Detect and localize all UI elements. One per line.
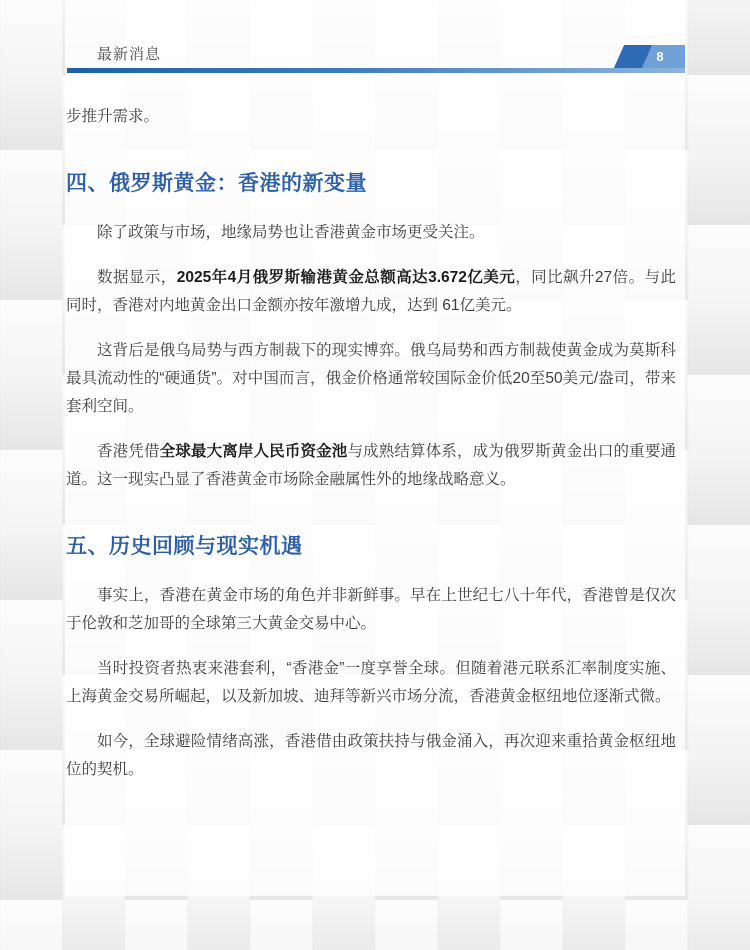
header-divider	[67, 68, 685, 73]
paragraph-bold-highlight: 2025年4月俄罗斯输港黄金总额高达3.672亿美元	[177, 269, 515, 286]
section5-heading: 五、历史回顾与现实机遇	[66, 532, 676, 562]
section5-paragraph-1: 事实上，香港在黄金市场的角色并非新鲜事。早在上世纪七八十年代，香港曾是仅次于伦敦…	[66, 582, 676, 638]
page-number-badge: 8	[619, 45, 685, 68]
section5-paragraph-3: 如今，全球避险情绪高涨，香港借由政策扶持与俄金涌入，再次迎来重拾黄金枢纽地位的契…	[66, 728, 676, 784]
section4-paragraph-4: 香港凭借全球最大离岸人民币资金池与成熟结算体系，成为俄罗斯黄金出口的重要通道。这…	[66, 438, 676, 494]
paragraph-text: 香港凭借	[97, 443, 160, 460]
article-body: 步推升需求。 四、俄罗斯黄金：香港的新变量 除了政策与市场，地缘局势也让香港黄金…	[66, 103, 676, 801]
section4-paragraph-1: 除了政策与市场，地缘局势也让香港黄金市场更受关注。	[66, 219, 676, 247]
paragraph-continuation: 步推升需求。	[66, 103, 676, 131]
section5-paragraph-2: 当时投资者热衷来港套利，“香港金”一度享誉全球。但随着港元联系汇率制度实施、上海…	[66, 655, 676, 711]
paragraph-bold-highlight: 全球最大离岸人民币资金池	[160, 443, 348, 460]
section4-paragraph-3: 这背后是俄乌局势与西方制裁下的现实博弈。俄乌局势和西方制裁使黄金成为莫斯科最具流…	[66, 337, 676, 421]
article-page: 最新消息 8 步推升需求。 四、俄罗斯黄金：香港的新变量 除了政策与市场，地缘局…	[65, 0, 685, 896]
header-section-title: 最新消息	[97, 46, 161, 64]
paragraph-text: 数据显示，	[97, 269, 177, 286]
section4-paragraph-2: 数据显示，2025年4月俄罗斯输港黄金总额高达3.672亿美元，同比飙升27倍。…	[66, 264, 676, 320]
section4-heading: 四、俄罗斯黄金：香港的新变量	[66, 169, 676, 199]
document-screenshot: 最新消息 8 步推升需求。 四、俄罗斯黄金：香港的新变量 除了政策与市场，地缘局…	[0, 0, 750, 950]
